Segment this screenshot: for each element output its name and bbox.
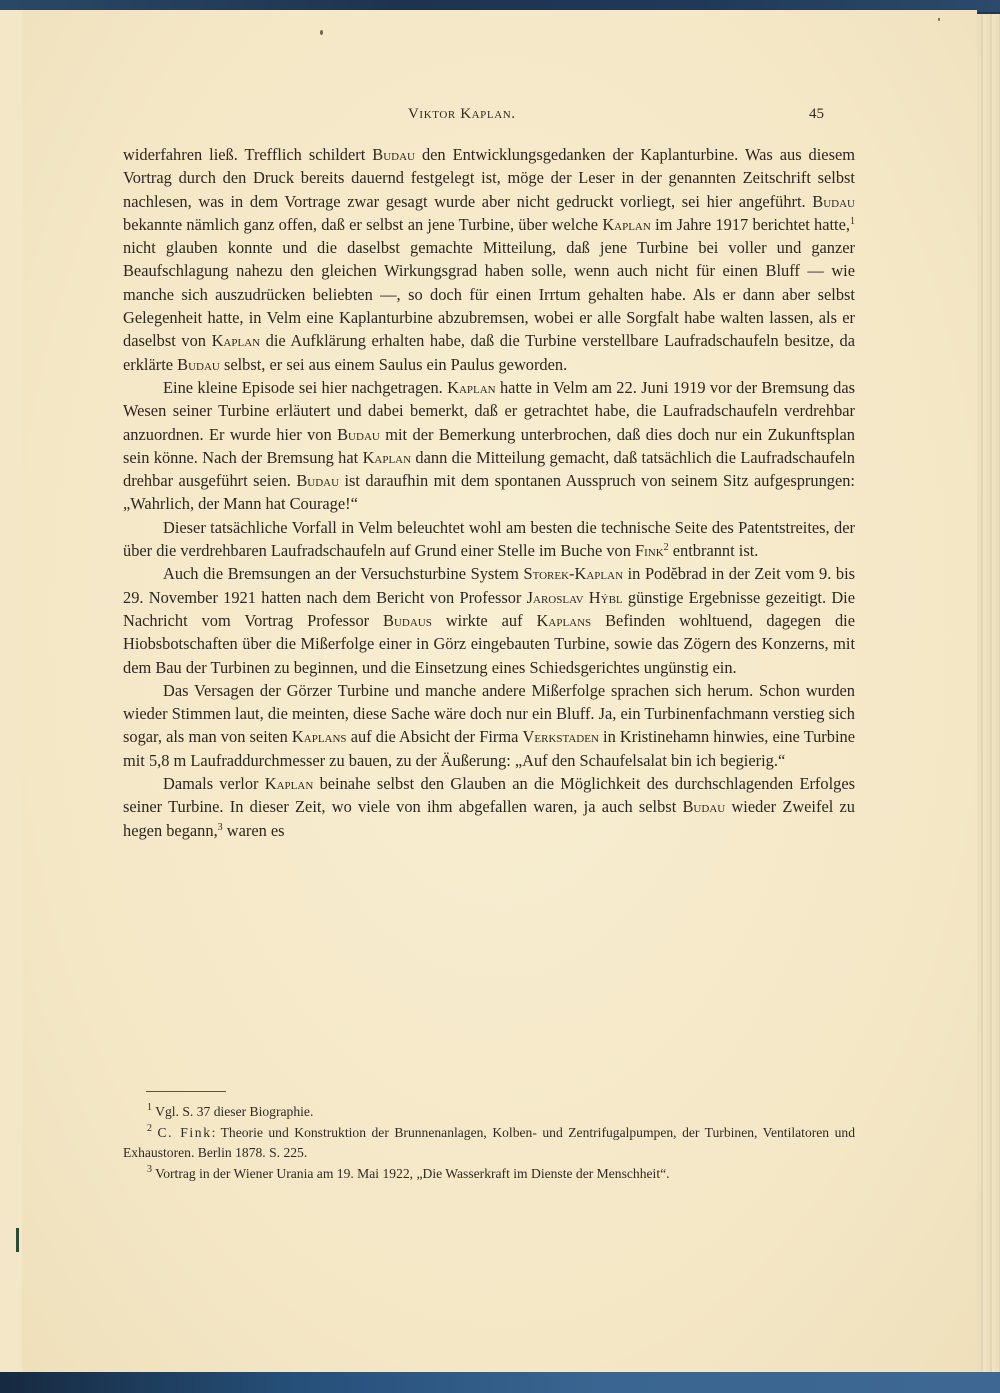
text-run: : Theorie und Konstruktion der Brunnenan…	[123, 1125, 855, 1161]
footnote: 2 C. Fink: Theorie und Konstruktion der …	[123, 1123, 855, 1164]
small-caps-name: Kaplans	[292, 727, 347, 746]
footnote-separator	[146, 1091, 226, 1092]
small-caps-name: Fink	[635, 541, 664, 560]
text-run: Vortrag in der Wiener Urania am 19. Mai …	[152, 1166, 670, 1181]
text-run: selbst, er sei aus einem Saulus ein Paul…	[220, 355, 567, 374]
text-run: waren es	[223, 821, 285, 840]
small-caps-name: Kaplan	[212, 331, 261, 350]
text-run: Auch die Bremsungen an der Versuchsturbi…	[163, 564, 523, 583]
small-caps-name: Kaplans	[537, 611, 592, 630]
small-caps-name: Kaplan	[447, 378, 496, 397]
footnote: 1 Vgl. S. 37 dieser Biographie.	[123, 1102, 855, 1123]
small-caps-name: Jaroslav Hýbl	[527, 588, 623, 607]
spaced-author-name: C. Fink	[158, 1125, 212, 1140]
small-caps-name: Kaplan	[363, 448, 412, 467]
text-run: auf die Absicht der Firma	[347, 727, 523, 746]
book-cover-bottom-edge	[0, 1372, 1000, 1393]
small-caps-name: Budau	[372, 145, 415, 164]
page-header: Viktor Kaplan. 45	[22, 106, 977, 126]
previous-page-gutter	[0, 10, 23, 1374]
book-page: Viktor Kaplan. 45 widerfahren ließ. Tref…	[22, 10, 977, 1372]
small-caps-name: Budau	[337, 425, 380, 444]
text-run: Eine kleine Episode sei hier nachgetrage…	[163, 378, 447, 397]
small-caps-name: Storek-Kaplan	[523, 564, 623, 583]
footnotes: 1 Vgl. S. 37 dieser Biographie.2 C. Fink…	[123, 1102, 855, 1184]
body-text: widerfahren ließ. Trefflich schildert Bu…	[123, 143, 855, 842]
small-caps-name: Budau	[296, 471, 339, 490]
running-title: Viktor Kaplan.	[408, 106, 516, 123]
paragraph: Damals verlor Kaplan beinahe selbst den …	[123, 772, 855, 842]
footnote-reference: 1	[850, 216, 855, 227]
page-number: 45	[809, 106, 824, 123]
small-caps-name: Budau	[683, 797, 726, 816]
small-caps-name: Budaus	[383, 611, 432, 630]
small-caps-name: Kaplan	[265, 774, 314, 793]
text-run: entbrannt ist.	[669, 541, 759, 560]
margin-mark	[16, 1228, 19, 1252]
footnote: 3 Vortrag in der Wiener Urania am 19. Ma…	[123, 1164, 855, 1185]
small-caps-name: Budau	[177, 355, 220, 374]
small-caps-name: Kaplan	[602, 215, 651, 234]
text-run: bekannte nämlich ganz offen, daß er selb…	[123, 215, 602, 234]
text-run: im Jahre 1917 berichtet hatte,	[651, 215, 850, 234]
paragraph: Das Versagen der Görzer Turbine und manc…	[123, 679, 855, 772]
paragraph: Auch die Bremsungen an der Versuchsturbi…	[123, 562, 855, 678]
paragraph: Dieser tatsächliche Vorfall in Velm bele…	[123, 516, 855, 563]
small-caps-name: Budau	[812, 192, 855, 211]
text-run: Damals verlor	[163, 774, 265, 793]
paragraph: widerfahren ließ. Trefflich schildert Bu…	[123, 143, 855, 376]
text-run: Vgl. S. 37 dieser Biographie.	[152, 1104, 313, 1119]
text-run: wirkte auf	[432, 611, 537, 630]
paper-speck	[320, 30, 323, 35]
text-run: widerfahren ließ. Trefflich schildert	[123, 145, 372, 164]
small-caps-name: Verkstaden	[523, 727, 599, 746]
paper-speck	[938, 18, 940, 21]
page-stack-edges	[977, 14, 1000, 1372]
paragraph: Eine kleine Episode sei hier nachgetrage…	[123, 376, 855, 516]
